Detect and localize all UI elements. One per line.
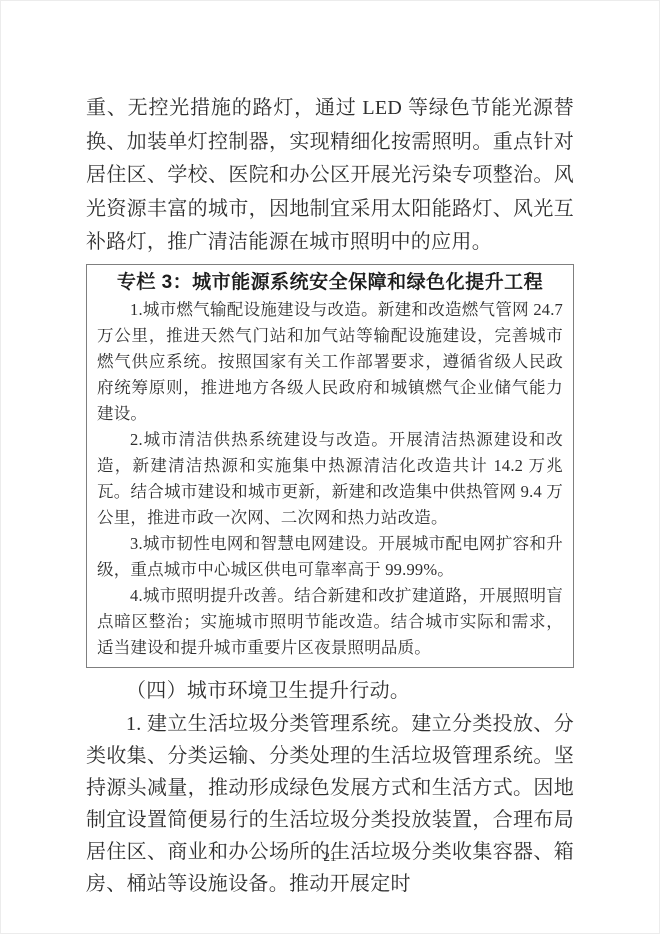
highlight-box-item: 4.城市照明提升改善。结合新建和改扩建道路，开展照明盲点暗区整治；实施城市照明节… <box>97 583 563 661</box>
highlight-box-title: 专栏 3：城市能源系统安全保障和绿色化提升工程 <box>97 269 563 297</box>
highlight-box-item: 1.城市燃气输配设施建设与改造。新建和改造燃气管网 24.7 万公里，推进天然气… <box>97 297 563 427</box>
page-number: 21 <box>0 849 660 865</box>
highlight-box-item: 2.城市清洁供热系统建设与改造。开展清洁热源建设和改造，新建清洁热源和实施集中热… <box>97 427 563 531</box>
document-page: 重、无控光措施的路灯，通过 LED 等绿色节能光源替换、加装单灯控制器，实现精细… <box>0 0 660 934</box>
highlight-box: 专栏 3：城市能源系统安全保障和绿色化提升工程 1.城市燃气输配设施建设与改造。… <box>86 264 574 668</box>
body-paragraph: 1. 建立生活垃圾分类管理系统。建立分类投放、分类收集、分类运输、分类处理的生活… <box>86 708 574 900</box>
section-heading: （四）城市环境卫生提升行动。 <box>86 675 574 709</box>
page-content: 重、无控光措施的路灯，通过 LED 等绿色节能光源替换、加装单灯控制器，实现精细… <box>86 92 574 900</box>
intro-paragraph: 重、无控光措施的路灯，通过 LED 等绿色节能光源替换、加装单灯控制器，实现精细… <box>86 92 574 260</box>
highlight-box-item: 3.城市韧性电网和智慧电网建设。开展城市配电网扩容和升级，重点城市中心城区供电可… <box>97 531 563 583</box>
